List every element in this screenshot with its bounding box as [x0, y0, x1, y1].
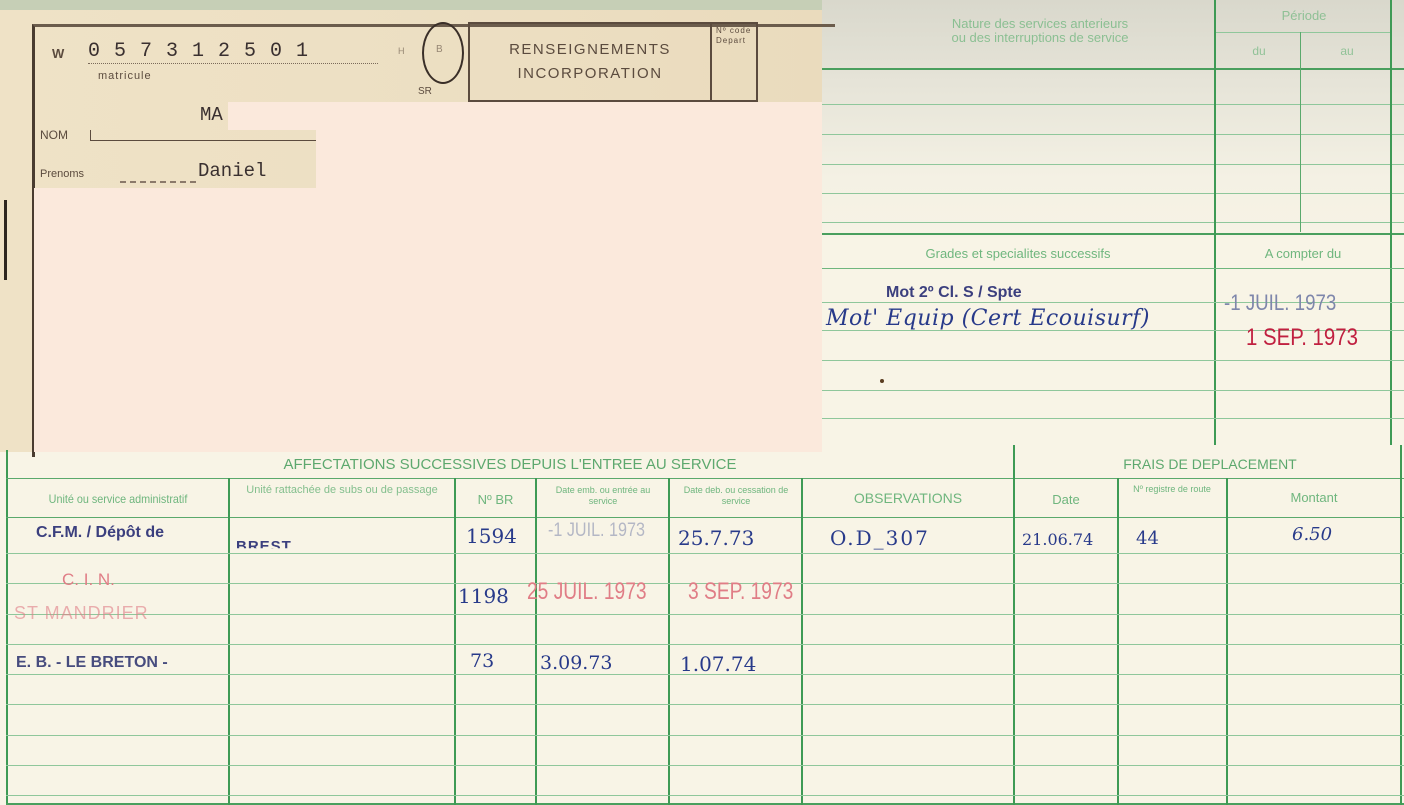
slip-title-line2: INCORPORATION	[470, 62, 710, 86]
col-divider	[228, 478, 230, 805]
matricule-label: matricule	[98, 70, 152, 82]
col-header-rattachee: Unité rattachée de subs ou de passage	[240, 484, 444, 497]
col-divider	[454, 478, 456, 805]
grades-header: Grades et specialites successifs	[822, 246, 1214, 261]
ink-dot	[880, 379, 884, 383]
col-header-registre: Nº registre de route	[1132, 484, 1212, 495]
circle-b-label: B	[436, 44, 443, 55]
row-rule	[6, 704, 1404, 705]
col-header-montant: Montant	[1228, 490, 1400, 505]
slip-edge	[4, 200, 7, 280]
row1-unite: C.F.M. / Dépôt de	[36, 524, 164, 542]
rule	[820, 233, 1404, 235]
row1-observations: O.D_307	[830, 526, 930, 550]
circle-h-label: H	[398, 46, 405, 56]
slip-title: RENSEIGNEMENTS INCORPORATION	[470, 38, 710, 86]
periode-divider	[1216, 32, 1392, 33]
rule	[6, 478, 1404, 479]
rule	[6, 517, 1404, 518]
affectations-title: AFFECTATIONS SUCCESSIVES DEPUIS L'ENTREE…	[6, 456, 1014, 473]
rule	[820, 193, 1404, 194]
rule	[820, 134, 1404, 135]
frais-row1-registre: 44	[1136, 528, 1159, 549]
periode-label: Période	[1216, 8, 1392, 23]
col-header-entree: Date emb. ou entrée au service	[548, 485, 658, 507]
circle-sr-label: SR	[418, 86, 432, 97]
row-rule	[6, 765, 1404, 766]
frais-row1-date: 21.06.74	[1022, 530, 1093, 549]
col-header-cessation: Date deb. ou cessation de service	[676, 485, 796, 507]
circled-mark	[422, 22, 464, 84]
col-divider	[1226, 478, 1228, 805]
a-compter-du-header: A compter du	[1216, 246, 1390, 261]
row2-unite-line2: ST MANDRIER	[14, 603, 149, 624]
rule	[820, 104, 1404, 105]
rule	[820, 390, 1404, 391]
prenoms-dashes	[120, 181, 196, 183]
nom-underline	[90, 130, 317, 141]
row3-br: 73	[470, 650, 494, 672]
services-anterieurs-header: Nature des services anterieurs ou des in…	[880, 17, 1200, 45]
grade-date-2: 1 SEP. 1973	[1246, 324, 1358, 352]
rule	[820, 222, 1404, 223]
redaction-block	[228, 102, 822, 130]
frais-title: FRAIS DE DEPLACEMENT	[1016, 456, 1404, 472]
grade-entry-2: Mot' Equip (Cert Ecouisurf)	[826, 306, 1150, 331]
grade-entry-1: Mot 2º Cl. S / Spte	[886, 284, 1022, 302]
slip-title-line1: RENSEIGNEMENTS	[470, 38, 710, 62]
nom-value: MA	[200, 104, 223, 126]
rule	[820, 360, 1404, 361]
frais-row1-montant: 6.50	[1292, 524, 1332, 545]
redaction-block	[316, 128, 822, 190]
matricule-prefix: W	[52, 46, 64, 61]
row2-br: 1198	[458, 584, 509, 608]
code-depart-label: Nº code Depart	[716, 26, 751, 46]
row1-cessation: 25.7.73	[678, 526, 754, 550]
col-divider	[1400, 445, 1402, 805]
row1-entree: -1 JUIL. 1973	[548, 520, 645, 542]
grade-date-1: -1 JUIL. 1973	[1224, 290, 1336, 316]
row-rule	[6, 553, 1404, 554]
row-rule	[6, 614, 1404, 615]
au-label: au	[1302, 44, 1392, 58]
row-rule	[6, 644, 1404, 645]
col-header-frais-date: Date	[1015, 492, 1117, 507]
row2-unite: C. I. N.	[62, 570, 115, 590]
row2-cessation: 3 SEP. 1973	[688, 578, 793, 606]
row-rule	[6, 735, 1404, 736]
prenoms-value: Daniel	[198, 160, 266, 182]
matricule-value: 0 5 7 3 1 2 5 0 1	[88, 40, 309, 63]
col-divider	[535, 478, 537, 805]
redaction-block	[34, 188, 822, 452]
col-divider	[1214, 0, 1216, 445]
row1-br: 1594	[466, 524, 517, 548]
row3-unite: E. B. - LE BRETON -	[16, 654, 168, 672]
col-divider	[801, 478, 803, 805]
rule	[820, 164, 1404, 165]
col-divider	[1300, 32, 1301, 232]
row3-cessation: 1.07.74	[680, 652, 756, 676]
col-header-br: Nº BR	[456, 492, 535, 507]
services-header-line1: Nature des services anterieurs	[880, 17, 1200, 31]
table-border-left	[6, 450, 8, 805]
row2-entree: 25 JUIL. 1973	[527, 578, 647, 606]
rule	[820, 68, 1404, 70]
matricule-underline	[88, 63, 378, 64]
col-header-observations: OBSERVATIONS	[803, 490, 1013, 506]
row3-entree: 3.09.73	[540, 652, 613, 674]
row-rule	[6, 795, 1404, 796]
col-divider	[668, 478, 670, 805]
rule	[820, 268, 1404, 269]
prenoms-label: Prenoms	[40, 168, 84, 180]
rule	[820, 418, 1404, 419]
nom-label: NOM	[40, 128, 68, 142]
col-divider	[1390, 0, 1392, 445]
code-label-line1: Nº code	[716, 26, 751, 36]
du-label: du	[1216, 44, 1302, 58]
col-divider	[1117, 478, 1119, 805]
services-header-line2: ou des interruptions de service	[880, 31, 1200, 45]
col-header-unite: Unité ou service administratif	[19, 492, 217, 506]
code-label-line2: Depart	[716, 36, 751, 46]
